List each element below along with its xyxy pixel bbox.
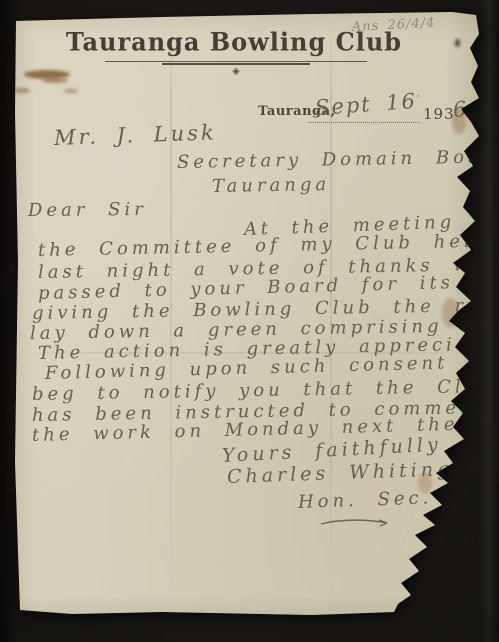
letterhead-rule-thick bbox=[162, 63, 310, 65]
letterhead-rule bbox=[105, 61, 367, 62]
letter-document: Tauranga Bowling Club ◈ Ans 26/4/4 Taura… bbox=[12, 12, 480, 618]
recipient-title: Secretary Domain Board bbox=[177, 146, 499, 173]
recipient-name: Mr. J. Lusk bbox=[54, 120, 217, 150]
salutation: Dear Sir bbox=[28, 199, 147, 221]
date-underline bbox=[308, 122, 420, 123]
stain bbox=[14, 88, 30, 93]
torn-paper-sheet: Tauranga Bowling Club ◈ Ans 26/4/4 Taura… bbox=[12, 12, 480, 618]
printed-year: 193 bbox=[423, 105, 455, 123]
diamond-ornament-icon: ◈ bbox=[232, 66, 240, 77]
handwritten-year-digit: 6 bbox=[452, 97, 471, 122]
recipient-place: Tauranga bbox=[212, 174, 330, 197]
stain bbox=[42, 78, 68, 83]
stain bbox=[64, 89, 78, 93]
pen-flourish-arrow-icon bbox=[317, 515, 397, 531]
signer-role: Hon. Sec. T.B.C. bbox=[298, 484, 499, 513]
date-superscript: · bbox=[416, 90, 420, 103]
